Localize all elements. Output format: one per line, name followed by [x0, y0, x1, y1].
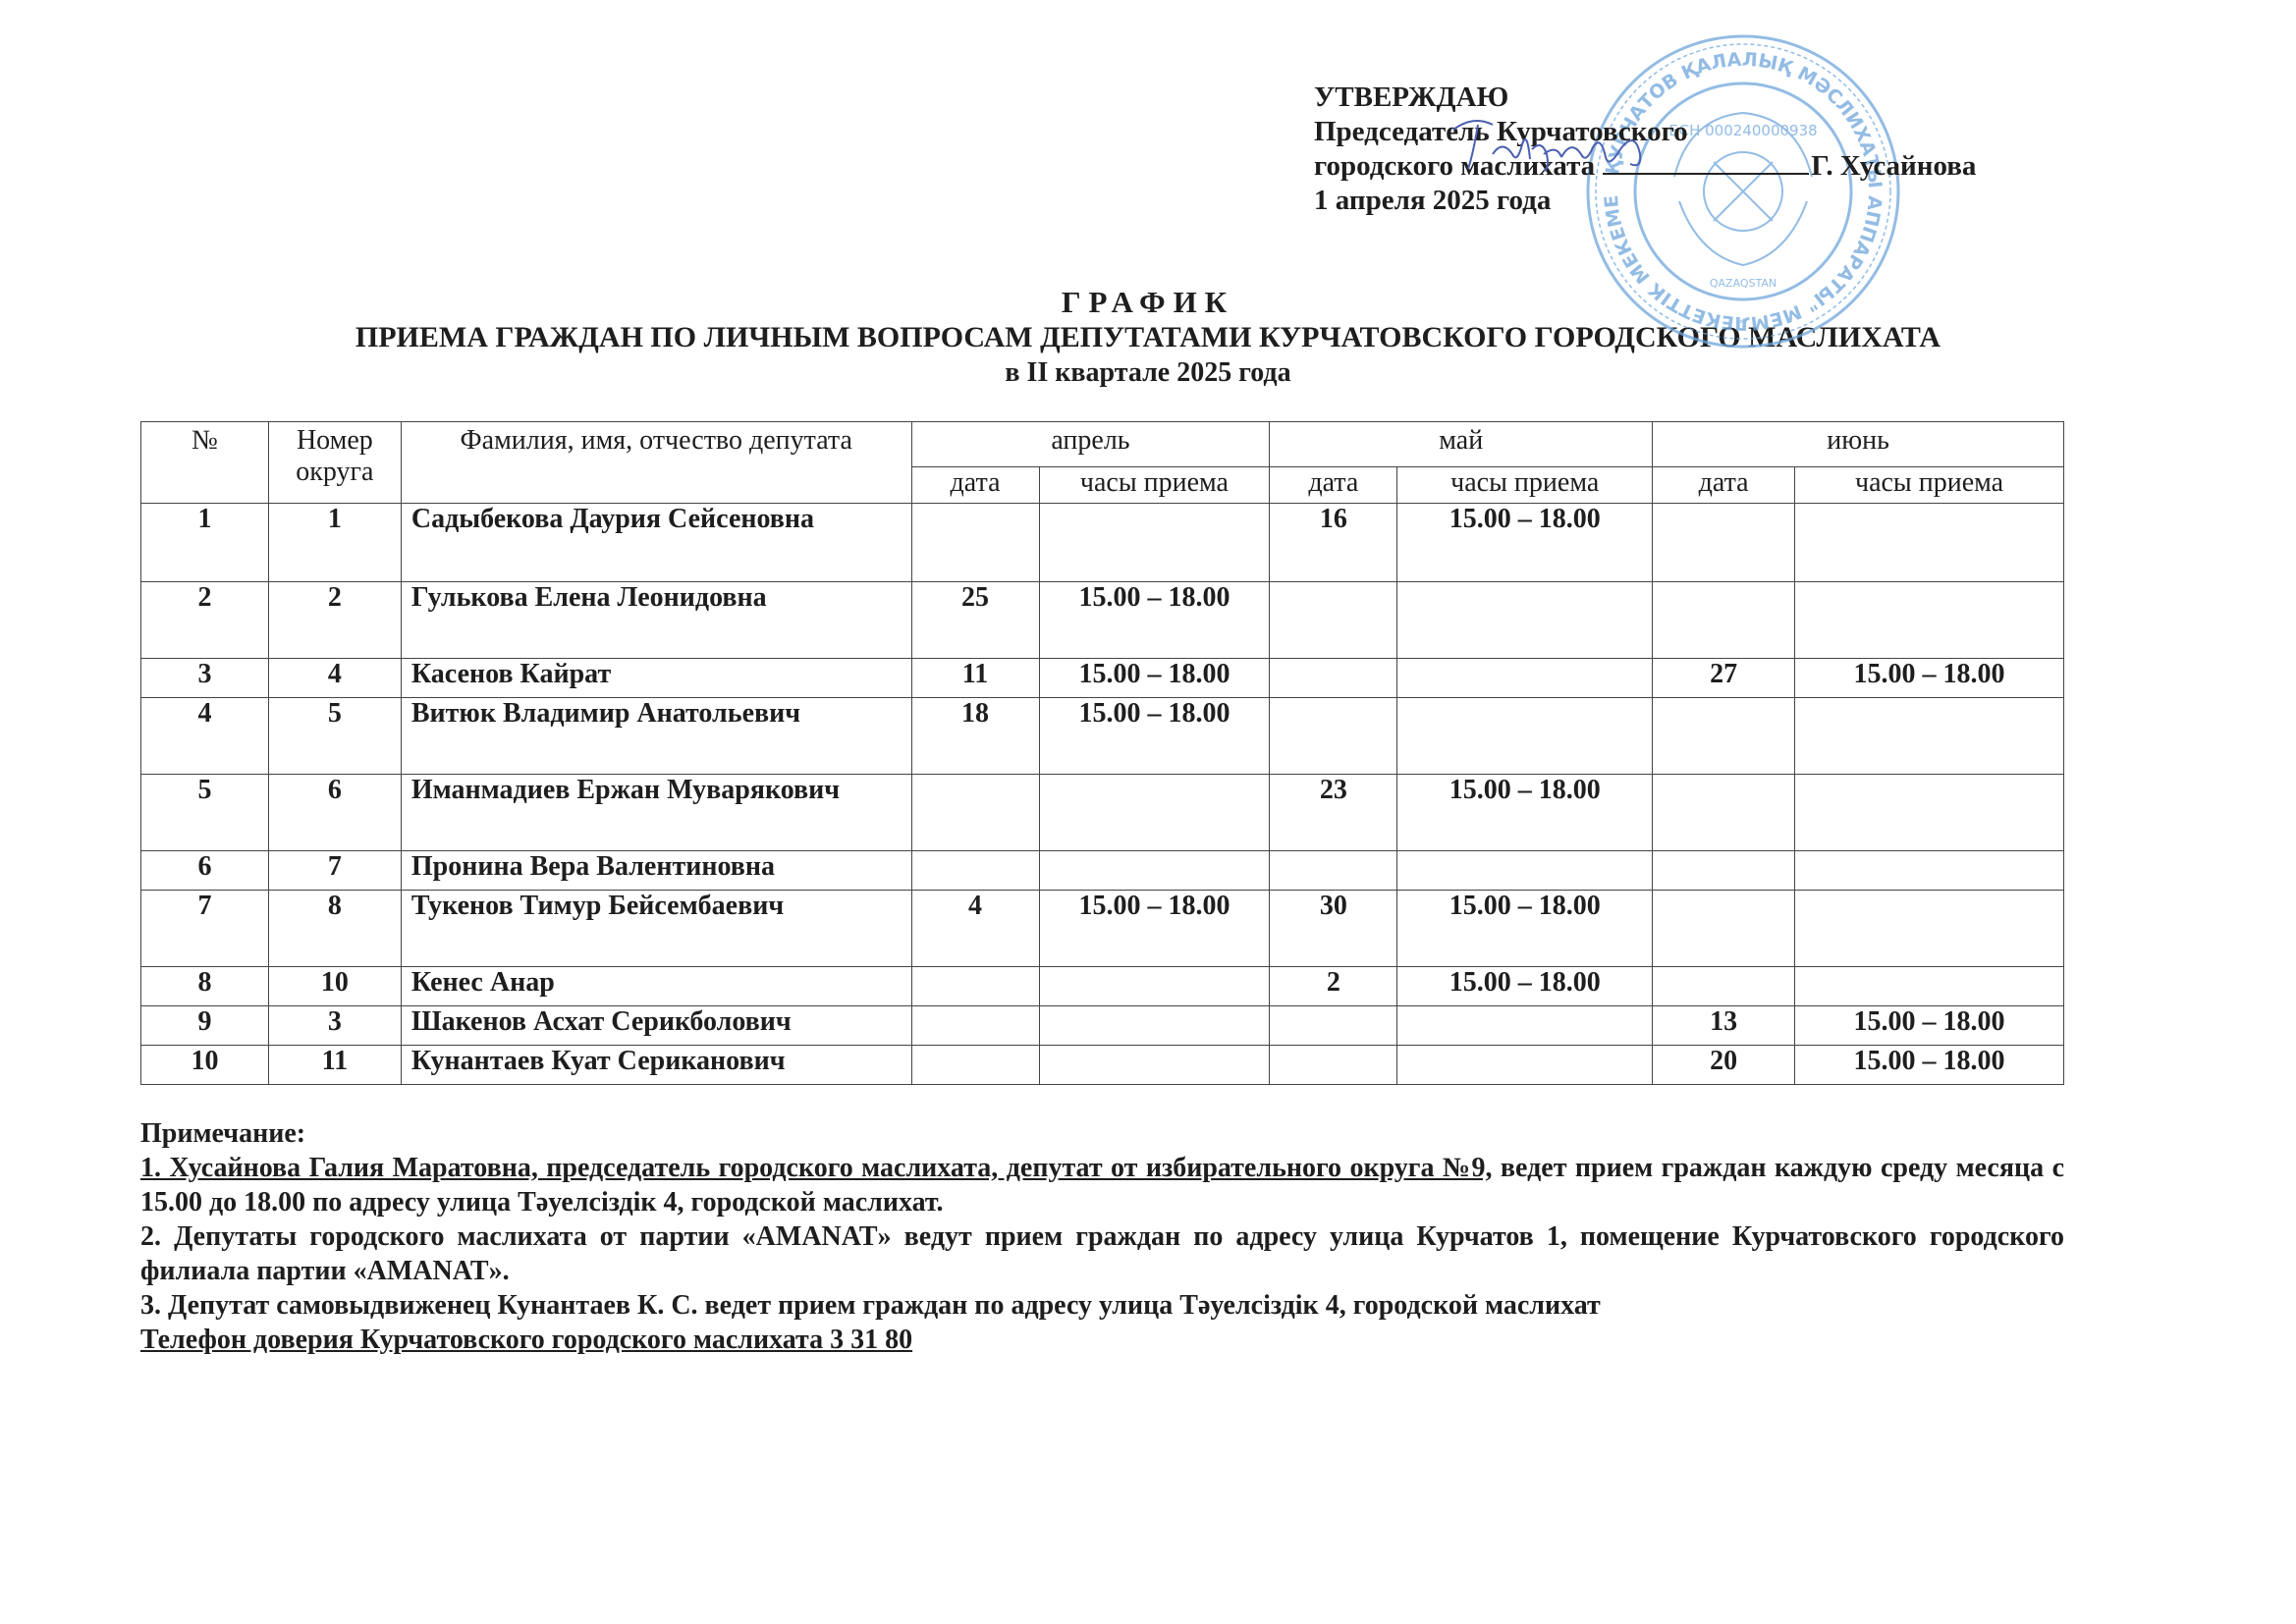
header-hours: часы приема	[1795, 467, 2064, 504]
note-3: 3. Депутат самовыдвиженец Кунантаев К. С…	[140, 1288, 2064, 1323]
table-row: 4 5 Витюк Владимир Анатольевич 18 15.00 …	[141, 698, 2064, 775]
header-hours: часы приема	[1397, 467, 1653, 504]
table-body: 1 1 Садыбекова Даурия Сейсеновна 16 15.0…	[141, 504, 2064, 1085]
table-row: 8 10 Кенес Анар 2 15.00 – 18.00	[141, 967, 2064, 1006]
signatory-name: Г. Хусайнова	[1811, 150, 1976, 182]
header-number: №	[141, 422, 269, 504]
schedule-table: № Номер округа Фамилия, имя, отчество де…	[140, 421, 2064, 1085]
table-row: 9 3 Шакенов Асхат Серикболович 13 15.00 …	[141, 1006, 2064, 1046]
header-deputy-name: Фамилия, имя, отчество депутата	[401, 422, 911, 504]
svg-text:QAZAQSTAN: QAZAQSTAN	[1710, 277, 1777, 290]
header-date: дата	[911, 467, 1039, 504]
table-row: 7 8 Тукенов Тимур Бейсембаевич 4 15.00 –…	[141, 891, 2064, 967]
header-month-june: июнь	[1653, 422, 2064, 467]
notes-heading: Примечание:	[140, 1116, 2064, 1151]
notes-section: Примечание: 1. Хусайнова Галия Маратовна…	[140, 1116, 2064, 1357]
header-date: дата	[1653, 467, 1795, 504]
note-2: 2. Депутаты городского маслихата от парт…	[140, 1219, 2064, 1288]
document-title: ГРАФИК	[0, 285, 2296, 320]
header-hours: часы приема	[1039, 467, 1270, 504]
header-district: Номер округа	[268, 422, 401, 504]
table-row: 6 7 Пронина Вера Валентиновна	[141, 851, 2064, 891]
header-date: дата	[1270, 467, 1397, 504]
svg-text:*: *	[1739, 316, 1747, 333]
note-1: 1. Хусайнова Галия Маратовна, председате…	[140, 1151, 2064, 1219]
header-month-may: май	[1270, 422, 1653, 467]
document-title-block: ГРАФИК ПРИЕМА ГРАЖДАН ПО ЛИЧНЫМ ВОПРОСАМ…	[0, 285, 2296, 391]
approval-date: 1 апреля 2025 года	[1314, 184, 1976, 218]
table-row: 1 1 Садыбекова Даурия Сейсеновна 16 15.0…	[141, 504, 2064, 582]
handwritten-signature-icon	[1434, 110, 1660, 179]
table-row: 3 4 Касенов Кайрат 11 15.00 – 18.00 27 1…	[141, 659, 2064, 698]
table-header-row: № Номер округа Фамилия, имя, отчество де…	[141, 422, 2064, 467]
table-row: 2 2 Гулькова Елена Леонидовна 25 15.00 –…	[141, 582, 2064, 659]
hotline-phone: Телефон доверия Курчатовского городского…	[140, 1323, 2064, 1357]
document-period: в II квартале 2025 года	[0, 355, 2296, 391]
table-row: 10 11 Кунантаев Куат Сериканович 20 15.0…	[141, 1046, 2064, 1085]
table-row: 5 6 Иманмадиев Ержан Муварякович 23 15.0…	[141, 775, 2064, 851]
document-subtitle: ПРИЕМА ГРАЖДАН ПО ЛИЧНЫМ ВОПРОСАМ ДЕПУТА…	[0, 320, 2296, 355]
header-month-april: апрель	[911, 422, 1270, 467]
